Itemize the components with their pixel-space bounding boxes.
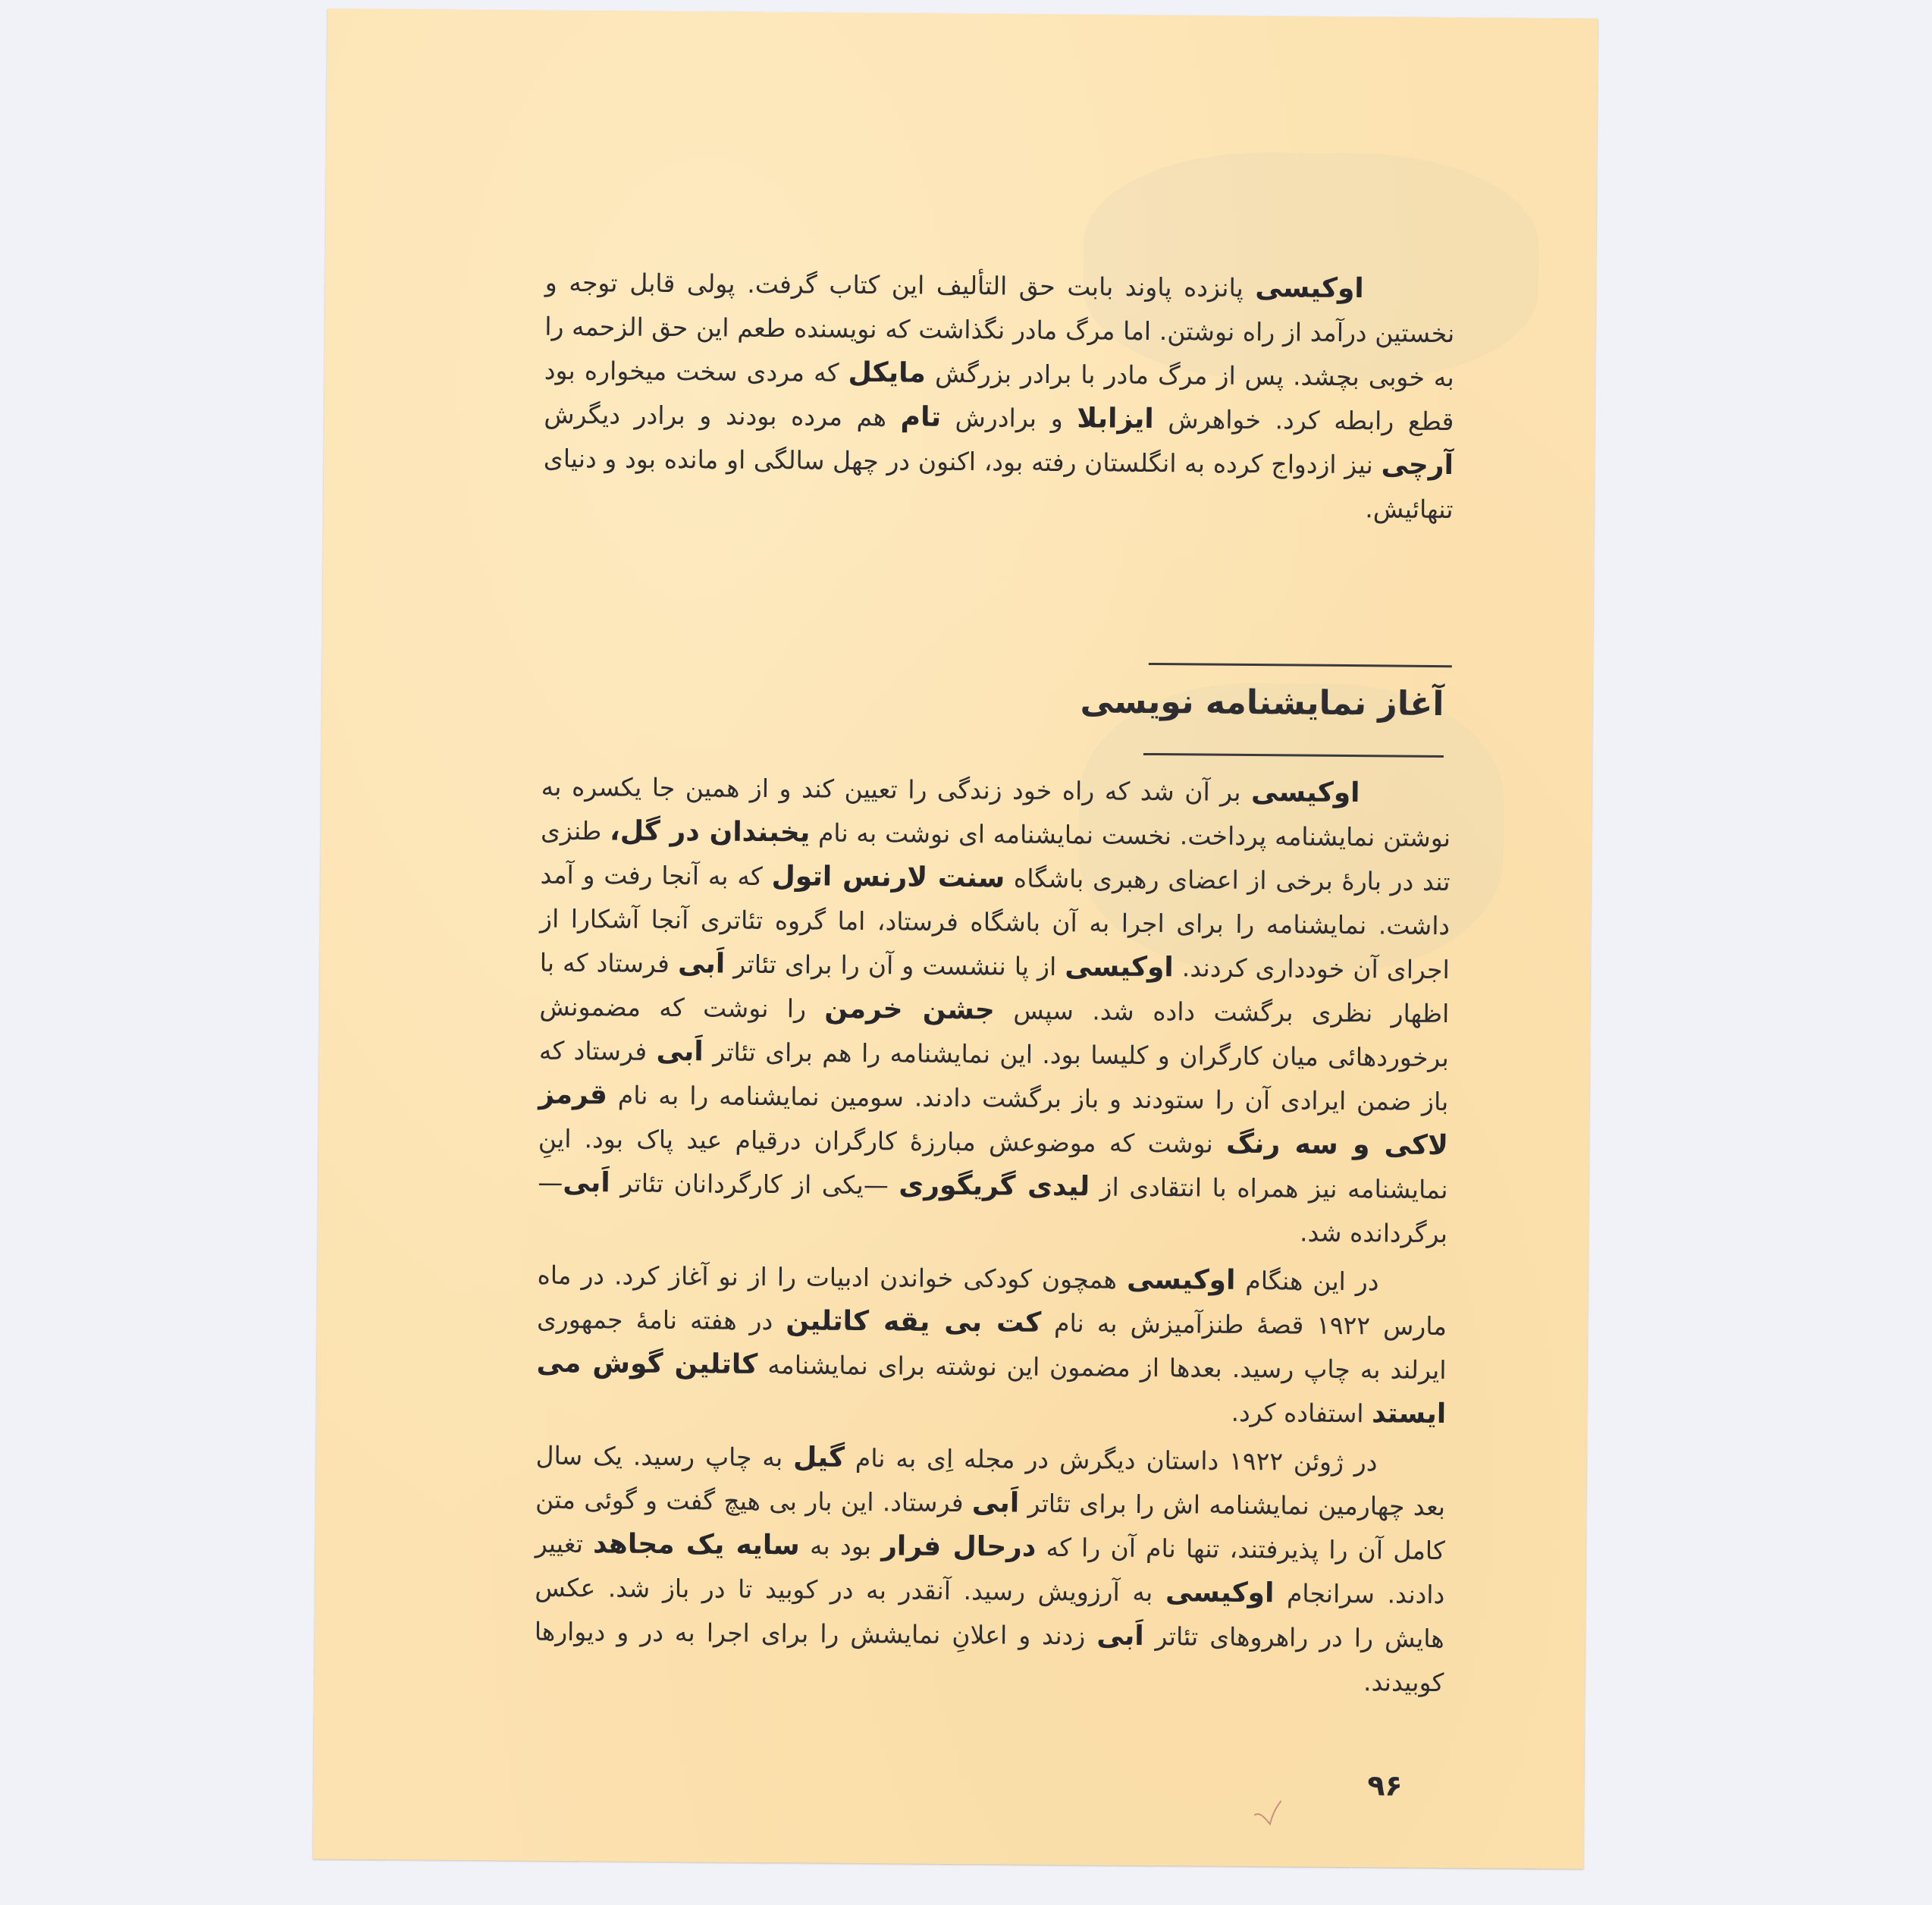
bold-name-run: سنت لارنس اتول [771,861,1005,893]
book-page: اوکیسی پانزده پاوند بابت حق التألیف این … [312,8,1598,1869]
bold-name-run: اوکیسی [1065,951,1174,983]
bold-name-run: ایزابلا [1077,403,1154,435]
paragraph: در این هنگام اوکیسی همچون کودکی خواندن ا… [536,1254,1447,1436]
bold-name-run: سایه یک مجاهد [593,1528,800,1561]
bold-name-run: اوکیسی [1251,777,1360,808]
page-number: ۹۶ [1367,1768,1403,1802]
text-run: نیز ازدواج کرده به انگلستان رفته بود، اک… [544,444,1454,524]
bold-name-run: یخبندان در گل، [610,815,811,848]
text-run: از پا ننشست و آن را برای تئاتر [725,949,1065,982]
bold-name-run: اَبی [656,1036,704,1067]
bold-name-run: اوکیسی [1127,1264,1236,1296]
bold-name-run: اَبی [563,1167,610,1198]
bold-name-run: اَبی [972,1487,1020,1518]
bold-name-run: گیل [793,1442,845,1473]
paragraph: اوکیسی بر آن شد که راه خود زندگی را تعیی… [538,765,1451,1256]
bold-name-run: اوکیسی [1255,272,1364,304]
text-run: هم مرده بودند و برادر دیگرش [544,400,900,432]
bold-name-run: کت بی یقه کاتلین [786,1305,1041,1339]
bold-name-run: اوکیسی [1165,1577,1275,1608]
paragraph: اوکیسی پانزده پاوند بابت حق التألیف این … [543,261,1455,532]
bold-name-run: اَبی [1096,1620,1144,1651]
bold-name-run: اَبی [678,948,726,979]
section-heading: آغاز نمایشنامه نویسی [1080,682,1444,723]
text-run: —یکی از کارگردانان تئاتر [610,1168,899,1200]
heading-rule-top [1149,663,1452,667]
paragraph: در ژوئن ۱۹۲۲ داستان دیگرش در مجله اِی به… [534,1434,1446,1705]
bold-name-run: جشن خرمن [824,993,995,1026]
section-2-body: اوکیسی بر آن شد که راه خود زندگی را تعیی… [534,765,1451,1709]
pencil-check-mark-icon [1253,1798,1284,1828]
section-heading-block: آغاز نمایشنامه نویسی [1148,645,1452,753]
text-run: در ژوئن ۱۹۲۲ داستان دیگرش در مجله اِی به… [845,1443,1378,1477]
bold-name-run: درحال فرار [881,1530,1037,1563]
text-run: و برادرش [941,403,1077,433]
bold-name-run: تام [900,401,941,432]
text-run: استفاده کرد. [1231,1398,1372,1428]
text-run: بود به [800,1530,882,1561]
bold-name-run: مایکل [848,357,926,389]
text-run: در این هنگام [1235,1266,1378,1296]
bold-name-run: آرچی [1381,449,1454,481]
section-1-body: اوکیسی پانزده پاوند بابت حق التألیف این … [543,261,1455,536]
bold-name-run: لیدی گریگوری [899,1169,1090,1202]
scanned-page-background: اوکیسی پانزده پاوند بابت حق التألیف این … [0,0,1932,1905]
